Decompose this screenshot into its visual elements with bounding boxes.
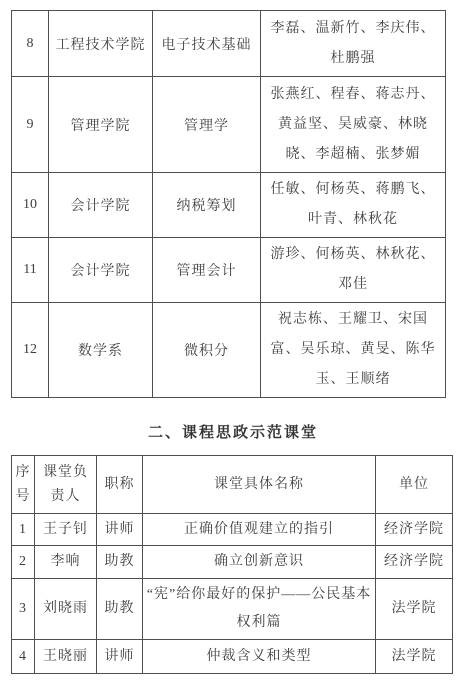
cell-job-title: 助教 bbox=[97, 579, 143, 640]
cell-unit: 法学院 bbox=[376, 640, 453, 674]
cell-course: 管理会计 bbox=[153, 238, 261, 303]
table-row: 12 数学系 微积分 祝志栋、王耀卫、宋国富、吴乐琼、黄旻、陈华玉、王顺绪 bbox=[12, 303, 446, 398]
demo-classroom-table: 序号 课堂负责人 职称 课堂具体名称 单位 1 王子钊 讲师 正确价值观建立的指… bbox=[11, 455, 453, 674]
cell-college: 管理学院 bbox=[49, 77, 153, 173]
document-page: 8 工程技术学院 电子技术基础 李磊、温新竹、李庆伟、杜鹏强 9 管理学院 管理… bbox=[0, 0, 466, 682]
table-row: 2 李响 助教 确立创新意识 经济学院 bbox=[12, 546, 453, 579]
cell-row-number: 8 bbox=[12, 11, 49, 77]
cell-unit: 法学院 bbox=[376, 579, 453, 640]
cell-job-title: 讲师 bbox=[97, 514, 143, 546]
cell-course-name: 正确价值观建立的指引 bbox=[143, 514, 376, 546]
cell-teachers: 张燕红、程春、蒋志丹、黄益坚、吴威豪、林晓晓、李超楠、张梦媚 bbox=[261, 77, 446, 173]
cell-course: 电子技术基础 bbox=[153, 11, 261, 77]
table-row: 11 会计学院 管理会计 游珍、何杨英、林秋花、邓佳 bbox=[12, 238, 446, 303]
cell-row-number: 10 bbox=[12, 173, 49, 238]
cell-teachers: 游珍、何杨英、林秋花、邓佳 bbox=[261, 238, 446, 303]
cell-course-name: 仲裁含义和类型 bbox=[143, 640, 376, 674]
cell-course: 管理学 bbox=[153, 77, 261, 173]
cell-leader: 李响 bbox=[35, 546, 97, 579]
cell-teachers: 祝志栋、王耀卫、宋国富、吴乐琼、黄旻、陈华玉、王顺绪 bbox=[261, 303, 446, 398]
cell-leader: 王晓丽 bbox=[35, 640, 97, 674]
table-row: 4 王晓丽 讲师 仲裁含义和类型 法学院 bbox=[12, 640, 453, 674]
cell-teachers: 任敏、何杨英、蒋鹏飞、叶青、林秋花 bbox=[261, 173, 446, 238]
cell-leader: 王子钊 bbox=[35, 514, 97, 546]
table-row: 9 管理学院 管理学 张燕红、程春、蒋志丹、黄益坚、吴威豪、林晓晓、李超楠、张梦… bbox=[12, 77, 446, 173]
header-job-title: 职称 bbox=[97, 456, 143, 514]
cell-unit: 经济学院 bbox=[376, 514, 453, 546]
cell-college: 会计学院 bbox=[49, 173, 153, 238]
cell-job-title: 讲师 bbox=[97, 640, 143, 674]
header-unit: 单位 bbox=[376, 456, 453, 514]
cell-row-number: 9 bbox=[12, 77, 49, 173]
cell-row-number: 12 bbox=[12, 303, 49, 398]
cell-row-number: 11 bbox=[12, 238, 49, 303]
section-title: 二、课程思政示范课堂 bbox=[0, 421, 466, 442]
table-row: 10 会计学院 纳税筹划 任敏、何杨英、蒋鹏飞、叶青、林秋花 bbox=[12, 173, 446, 238]
cell-college: 工程技术学院 bbox=[49, 11, 153, 77]
cell-leader: 刘晓雨 bbox=[35, 579, 97, 640]
header-no: 序号 bbox=[12, 456, 35, 514]
table-header-row: 序号 课堂负责人 职称 课堂具体名称 单位 bbox=[12, 456, 453, 514]
cell-job-title: 助教 bbox=[97, 546, 143, 579]
header-course-name: 课堂具体名称 bbox=[143, 456, 376, 514]
table-row: 3 刘晓雨 助教 “宪”给你最好的保护——公民基本权利篇 法学院 bbox=[12, 579, 453, 640]
cell-row-number: 1 bbox=[12, 514, 35, 546]
cell-unit: 经济学院 bbox=[376, 546, 453, 579]
header-leader: 课堂负责人 bbox=[35, 456, 97, 514]
cell-college: 会计学院 bbox=[49, 238, 153, 303]
cell-course: 微积分 bbox=[153, 303, 261, 398]
cell-college: 数学系 bbox=[49, 303, 153, 398]
course-list-table: 8 工程技术学院 电子技术基础 李磊、温新竹、李庆伟、杜鹏强 9 管理学院 管理… bbox=[11, 10, 446, 398]
cell-row-number: 2 bbox=[12, 546, 35, 579]
cell-course-name: “宪”给你最好的保护——公民基本权利篇 bbox=[143, 579, 376, 640]
table-row: 1 王子钊 讲师 正确价值观建立的指引 经济学院 bbox=[12, 514, 453, 546]
cell-course: 纳税筹划 bbox=[153, 173, 261, 238]
cell-row-number: 3 bbox=[12, 579, 35, 640]
cell-teachers: 李磊、温新竹、李庆伟、杜鹏强 bbox=[261, 11, 446, 77]
cell-course-name: 确立创新意识 bbox=[143, 546, 376, 579]
table-row: 8 工程技术学院 电子技术基础 李磊、温新竹、李庆伟、杜鹏强 bbox=[12, 11, 446, 77]
cell-row-number: 4 bbox=[12, 640, 35, 674]
